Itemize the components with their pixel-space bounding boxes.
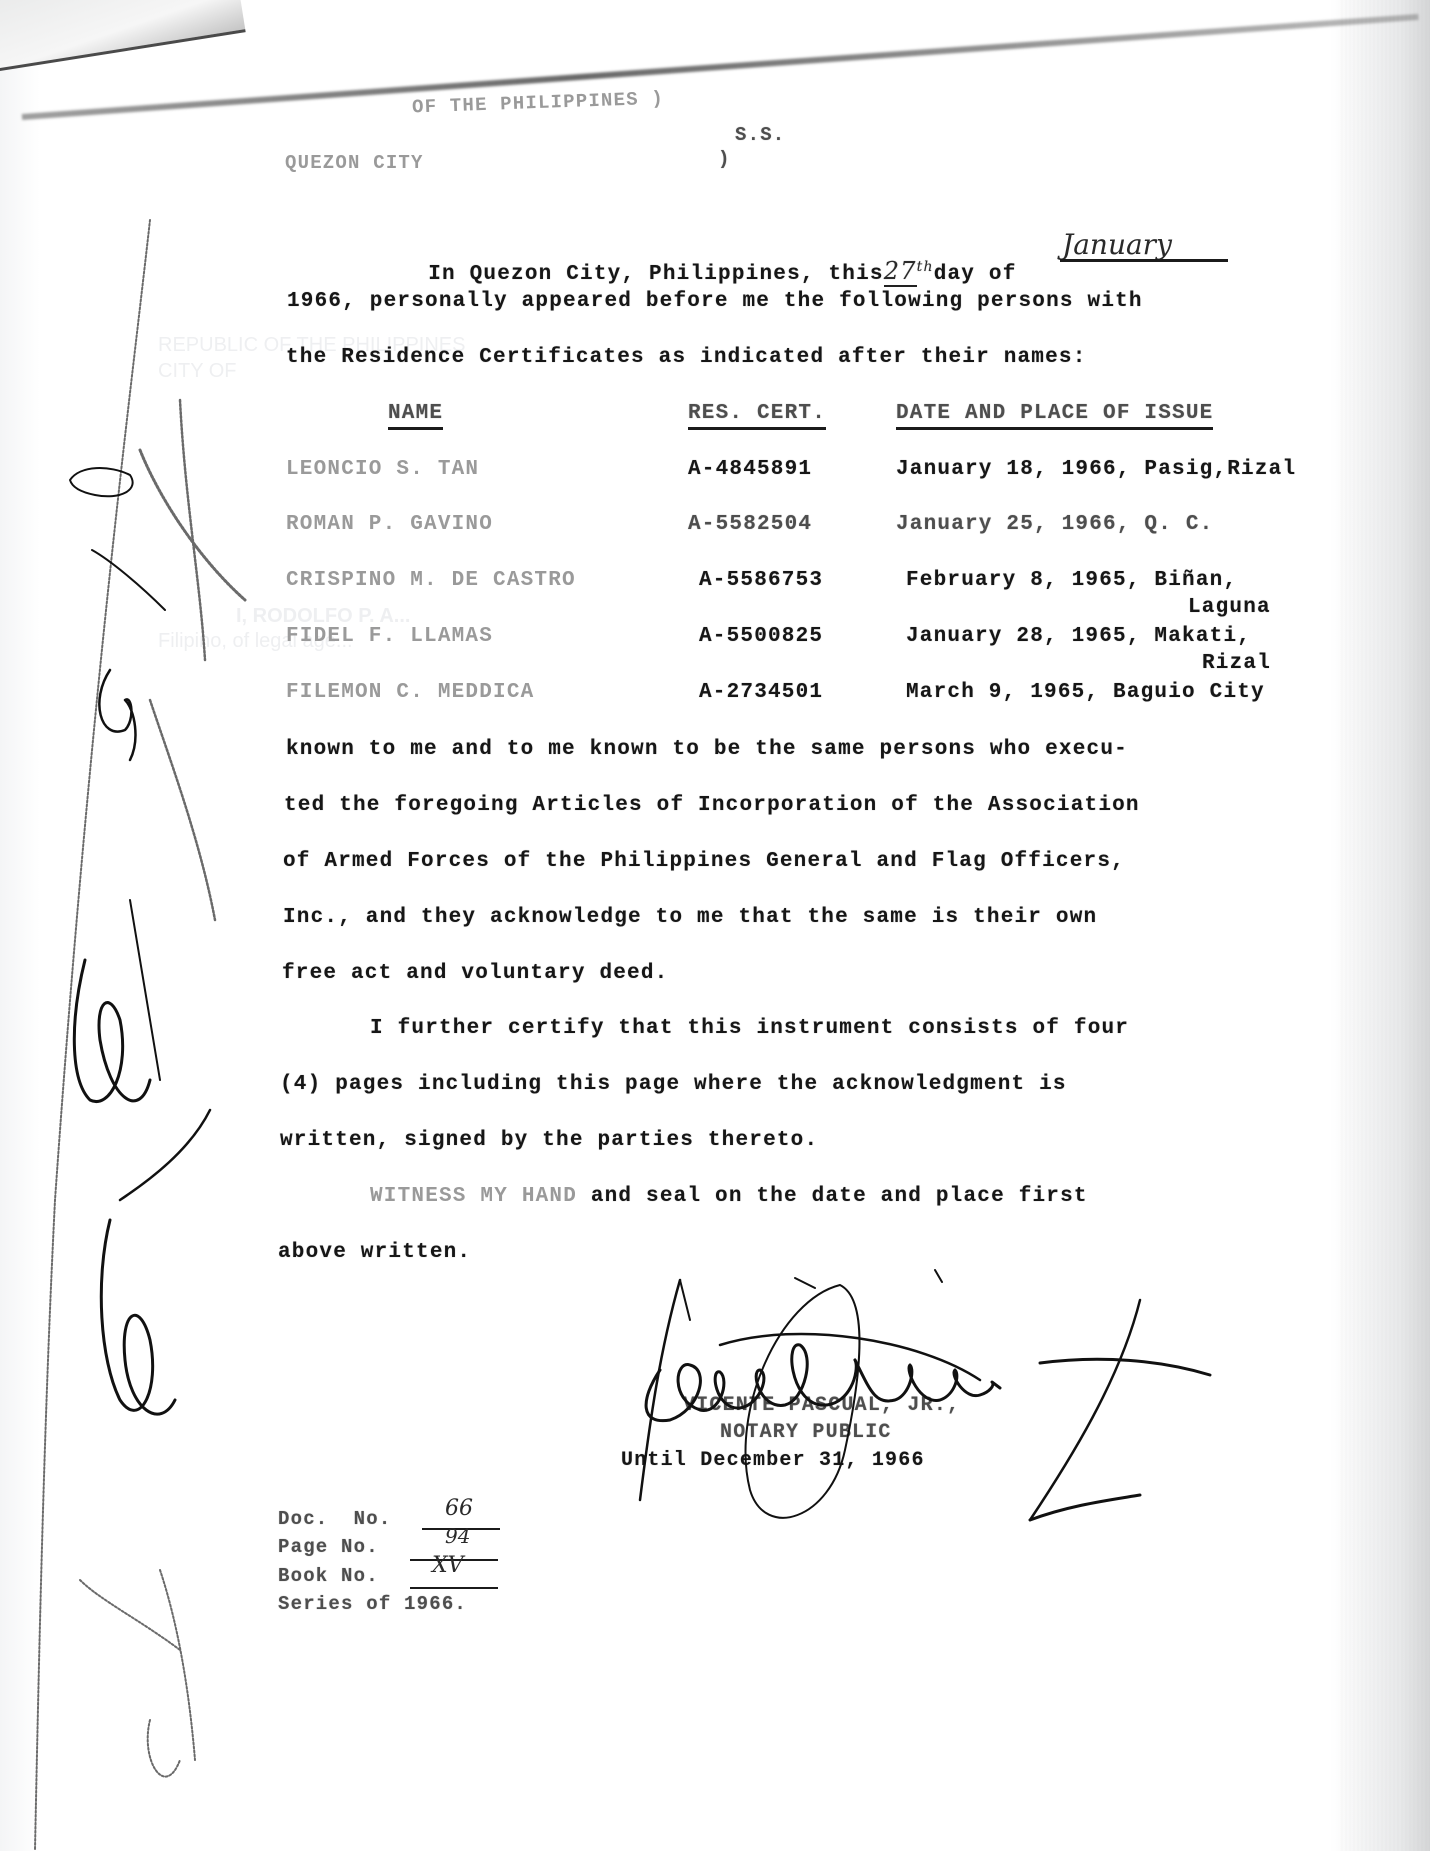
venue-paren-bottom: ) <box>718 148 731 170</box>
row-name: FILEMON C. MEDDICA <box>286 681 534 704</box>
header-name: NAME <box>388 402 443 430</box>
header-res-cert: RES. CERT. <box>688 402 826 430</box>
row-date-place-cont: Rizal <box>1202 652 1271 675</box>
row-cert: A-5500825 <box>699 625 823 648</box>
certify-line-3: written, signed by the parties thereto. <box>280 1129 818 1152</box>
month-underline <box>1060 259 1228 262</box>
registry-book-value: XV <box>432 1553 464 1578</box>
registry-book-underline <box>410 1587 498 1589</box>
certify-line-2: (4) pages including this page where the … <box>280 1073 1067 1096</box>
registry-doc-value: 66 <box>445 1496 473 1521</box>
body-line-2: ted the foregoing Articles of Incorporat… <box>284 794 1140 817</box>
row-name: LEONCIO S. TAN <box>286 458 479 481</box>
intro-line-2: 1966, personally appeared before me the … <box>287 290 1143 313</box>
certify-line-1: I further certify that this instrument c… <box>370 1017 1129 1040</box>
row-date-place: January 18, 1966, Pasig,Rizal <box>896 458 1296 481</box>
row-name: CRISPINO M. DE CASTRO <box>286 569 576 592</box>
body-line-5: free act and voluntary deed. <box>282 962 668 985</box>
document-page: REPUBLIC OF THE PHILIPPINES CITY OF I, R… <box>0 0 1430 1851</box>
ss-marker: S.S. <box>735 124 785 146</box>
row-name: ROMAN P. GAVINO <box>286 513 493 536</box>
intro-prefix: In Quezon City, Philippines, this <box>428 263 883 286</box>
folded-corner <box>0 0 246 73</box>
witness-line-2: above written. <box>278 1241 471 1264</box>
row-cert: A-2734501 <box>699 681 823 704</box>
witness-line-1: WITNESS MY HAND and seal on the date and… <box>370 1185 1088 1208</box>
body-line-1: known to me and to me known to be the sa… <box>286 738 1128 761</box>
intro-month: January <box>1062 228 1172 261</box>
row-date-place-cont: Laguna <box>1188 596 1271 619</box>
witness-hand: WITNESS MY HAND <box>370 1185 577 1208</box>
row-date-place: January 25, 1966, Q. C. <box>896 513 1213 536</box>
venue-country: OF THE PHILIPPINES ) <box>412 88 665 119</box>
body-line-3: of Armed Forces of the Philippines Gener… <box>283 850 1125 873</box>
margin-signatures <box>0 200 300 1850</box>
witness-rest: and seal on the date and place first <box>577 1185 1088 1208</box>
row-name: FIDEL F. LLAMAS <box>286 625 493 648</box>
registry-series: Series of 1966. <box>278 1593 467 1615</box>
intro-day: 27 <box>884 257 917 287</box>
intro-day-of: day of <box>934 263 1017 286</box>
row-date-place: March 9, 1965, Baguio City <box>906 681 1265 704</box>
row-cert: A-4845891 <box>688 458 812 481</box>
row-cert: A-5586753 <box>699 569 823 592</box>
intro-day-suffix: th <box>917 259 934 275</box>
venue-city: QUEZON CITY <box>285 152 424 174</box>
header-date-place: DATE AND PLACE OF ISSUE <box>896 402 1213 430</box>
intro-line-3: the Residence Certificates as indicated … <box>286 346 1087 369</box>
row-date-place: February 8, 1965, Biñan, <box>906 569 1237 592</box>
row-date-place: January 28, 1965, Makati, <box>906 625 1251 648</box>
notary-signature <box>620 1260 1220 1520</box>
body-line-4: Inc., and they acknowledge to me that th… <box>283 906 1097 929</box>
registry-page-value: 94 <box>445 1524 470 1548</box>
row-cert: A-5582504 <box>688 513 812 536</box>
